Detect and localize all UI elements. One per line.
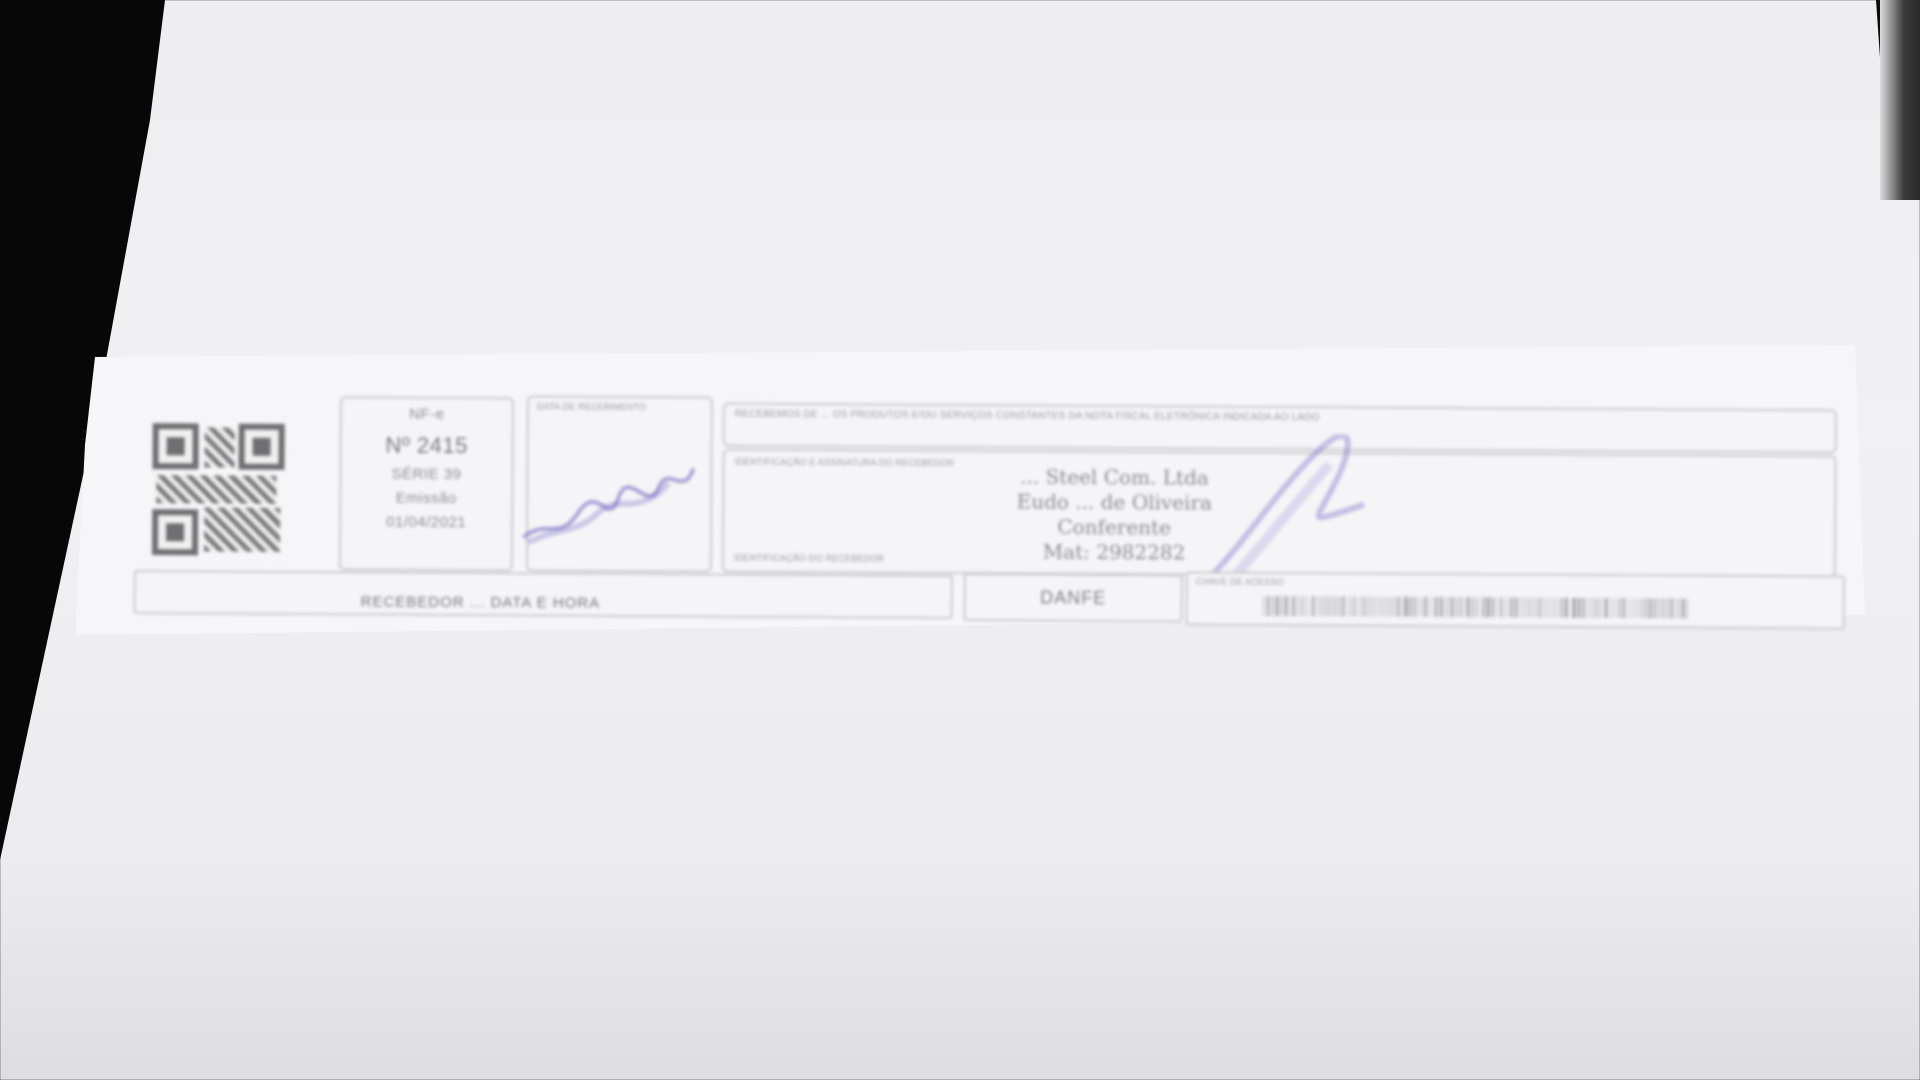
recipient-identification-box: IDENTIFICAÇÃO E ASSINATURA DO RECEBEDOR … — [722, 449, 1837, 580]
danfe-canhoto: NF-e Nº 2415 SÉRIE 39 Emissão 01/04/2021… — [134, 385, 1860, 641]
issue-date: 01/04/2021 — [341, 513, 511, 531]
signature-icon — [518, 457, 709, 548]
access-key-digits — [1263, 596, 1833, 619]
nf-title: NF-e — [342, 405, 512, 423]
access-key-label: CHAVE DE ACESSO — [1196, 576, 1284, 587]
bottom-receipt-text: RECEBEDOR ... DATA E HORA — [361, 593, 601, 611]
receipt-header-text: RECEBEMOS DE ... OS PRODUTOS E/OU SERVIÇ… — [735, 409, 1320, 424]
issue-label: Emissão — [341, 489, 511, 507]
dark-background-right — [1880, 0, 1920, 200]
danfe-label-box: DANFE — [964, 573, 1183, 622]
nf-number-box: NF-e Nº 2415 SÉRIE 39 Emissão 01/04/2021 — [339, 396, 514, 571]
photo-scene: NF-e Nº 2415 SÉRIE 39 Emissão 01/04/2021… — [0, 0, 1920, 1080]
bottom-receipt-field: RECEBEDOR ... DATA E HORA — [134, 570, 953, 619]
access-key-box: CHAVE DE ACESSO — [1186, 571, 1845, 629]
danfe-label: DANFE — [1040, 588, 1106, 609]
recipient-ident-bottom-label: IDENTIFICAÇÃO DO RECEBEDOR — [734, 553, 884, 564]
receipt-date-label: DATA DE RECEBIMENTO — [537, 401, 646, 412]
nf-number: Nº 2415 — [342, 432, 512, 459]
receipt-date-box: DATA DE RECEBIMENTO — [526, 395, 713, 572]
nf-series: SÉRIE 39 — [341, 465, 511, 483]
qr-code-icon — [152, 423, 285, 556]
